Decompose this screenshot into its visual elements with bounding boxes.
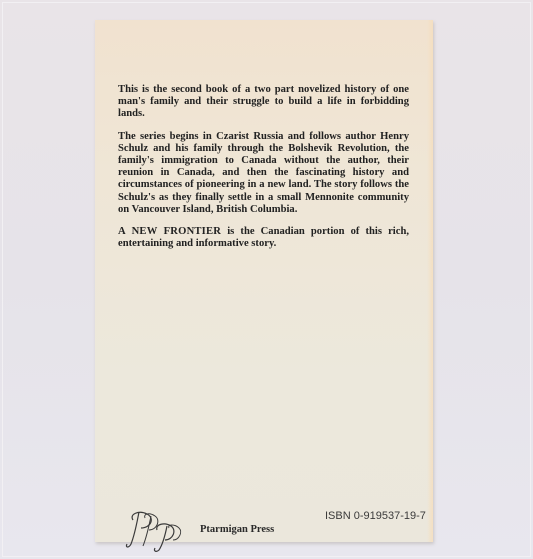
blurb-paragraph-1: This is the second book of a two part no… (118, 84, 409, 121)
book-back-cover: This is the second book of a two part no… (95, 20, 433, 542)
publisher-name: Ptarmigan Press (200, 524, 274, 535)
isbn-number: ISBN 0-919537-19-7 (325, 510, 426, 522)
book-title: A NEW FRONTIER (118, 226, 221, 237)
pp-monogram-icon (125, 508, 205, 548)
monogram-svg (125, 508, 205, 552)
blurb-paragraph-3: A NEW FRONTIER is the Canadian portion o… (118, 226, 409, 250)
cover-blurb: This is the second book of a two part no… (118, 84, 409, 260)
blurb-paragraph-2: The series begins in Czarist Russia and … (118, 131, 409, 216)
